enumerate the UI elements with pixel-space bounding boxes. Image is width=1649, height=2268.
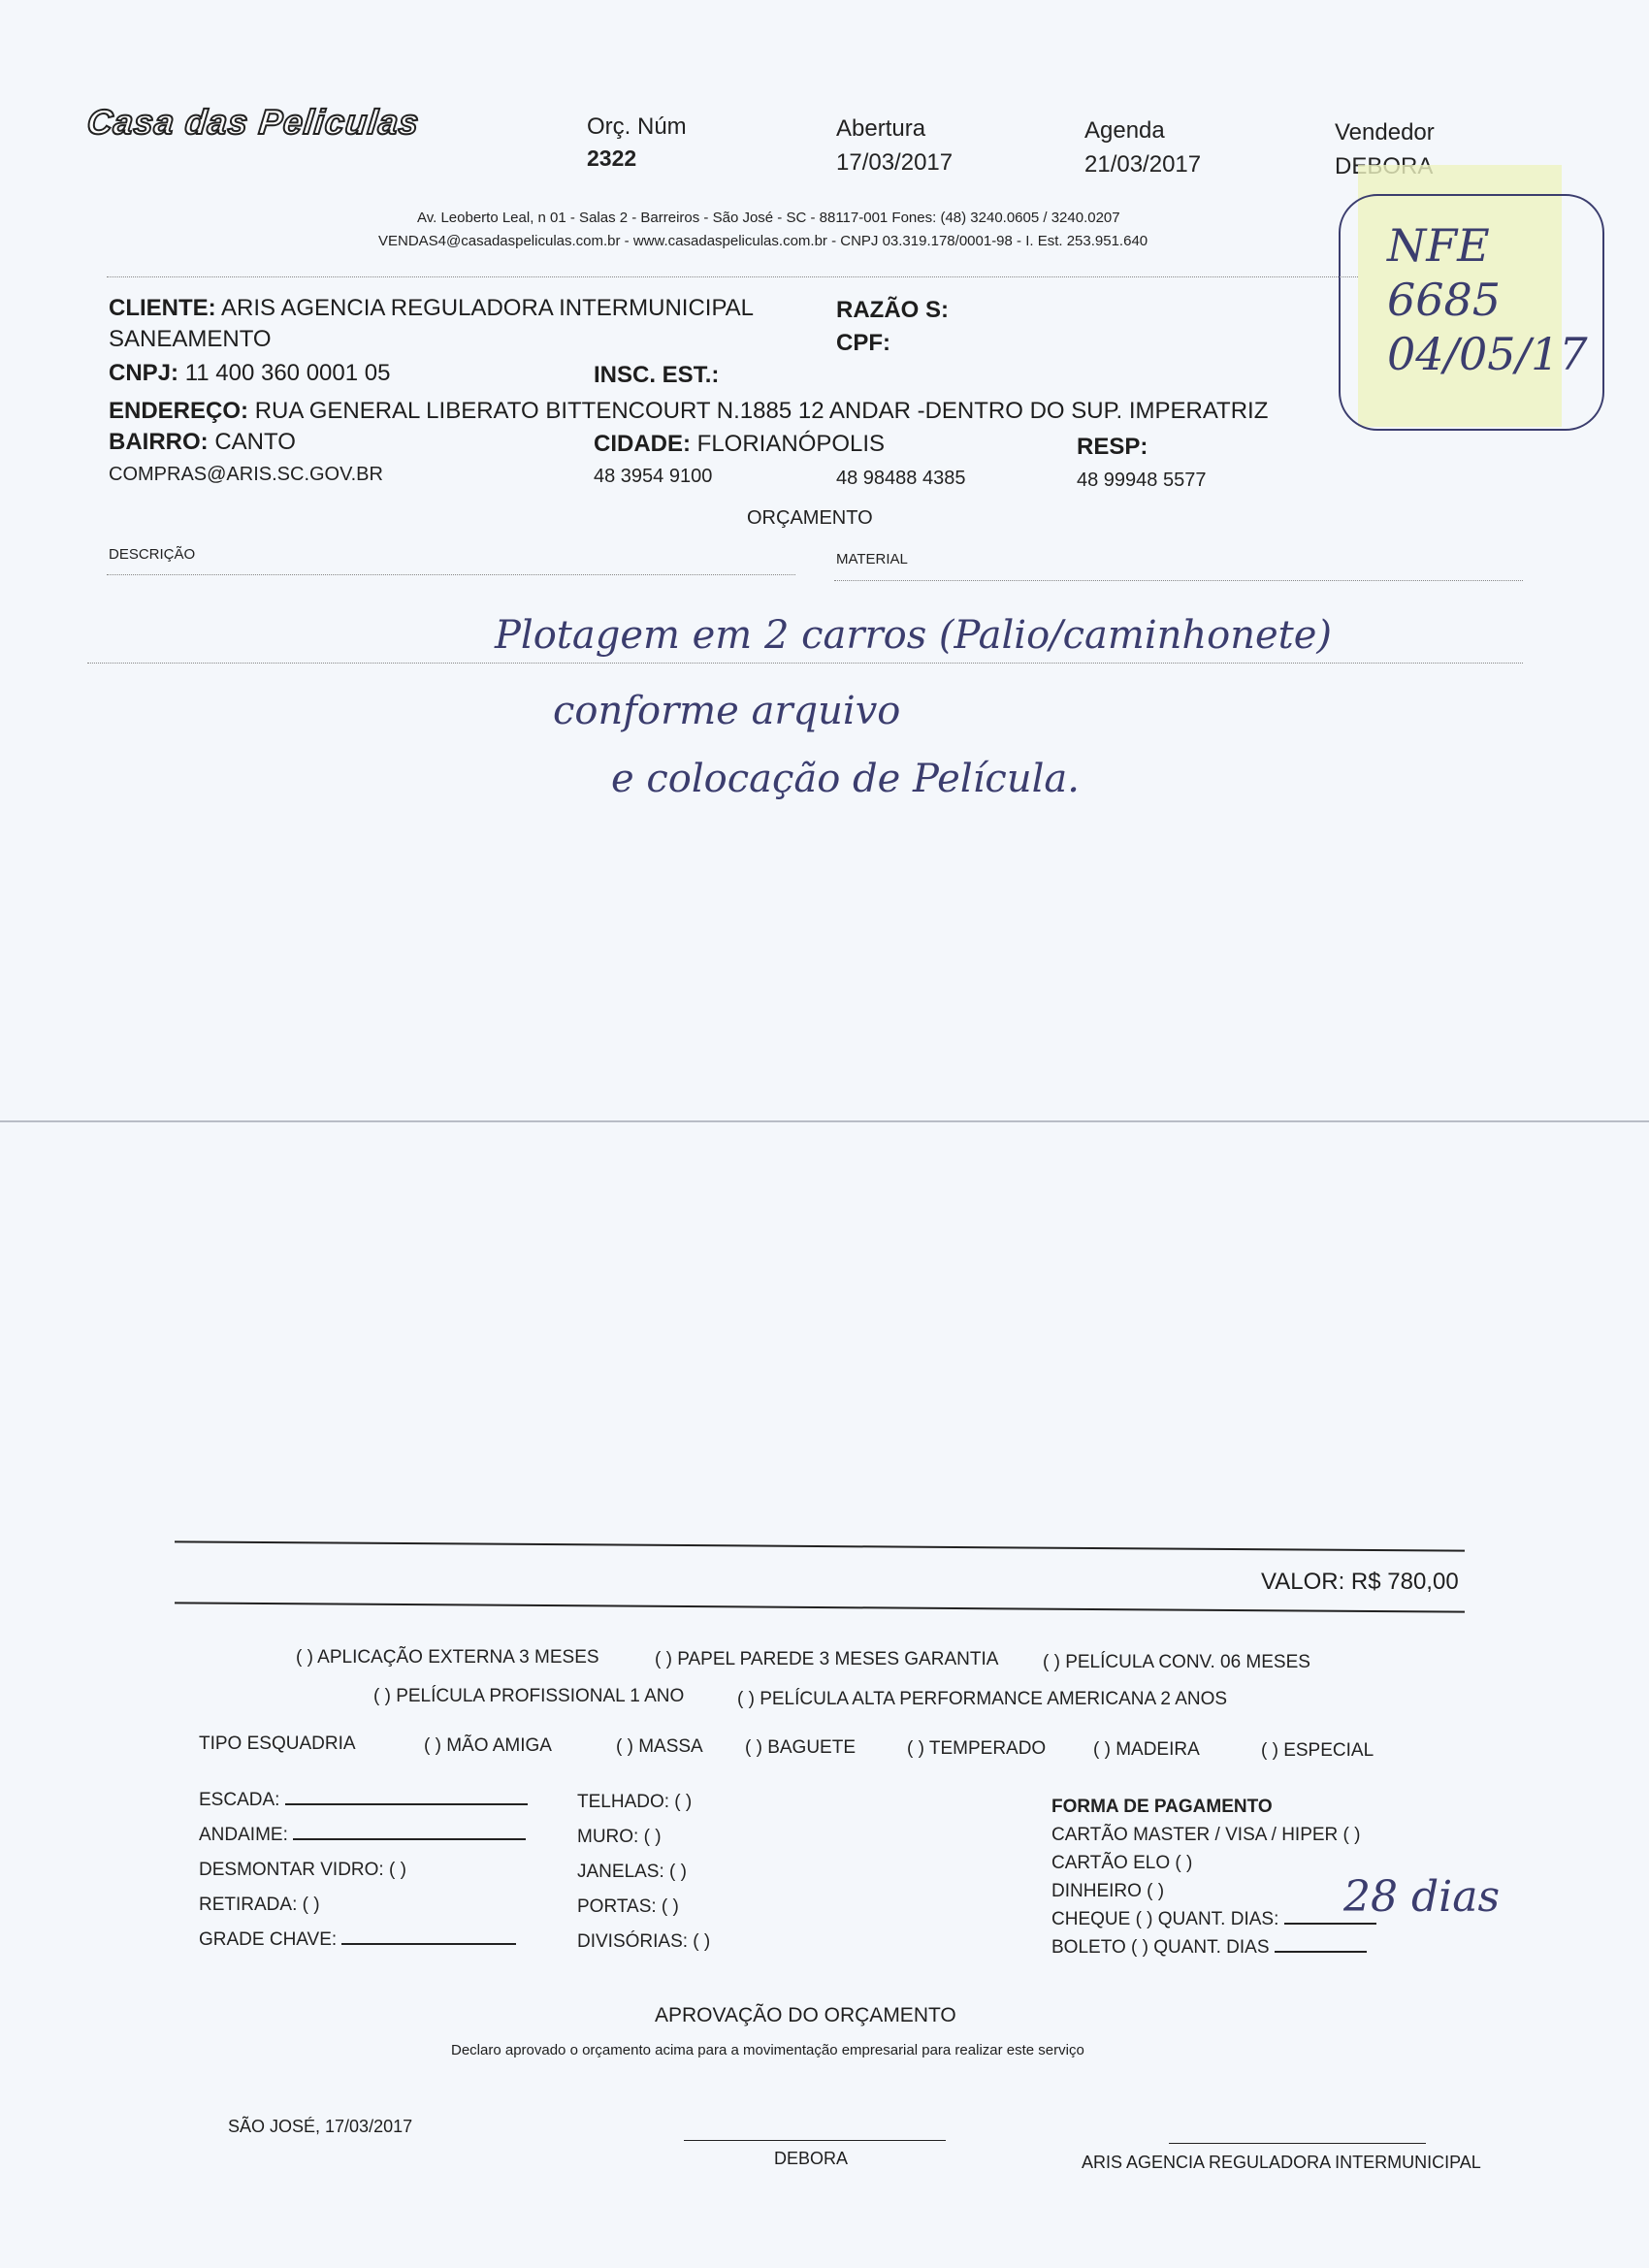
- bairro-row: BAIRRO: CANTO: [109, 429, 296, 456]
- resp-label: RESP:: [1077, 434, 1148, 461]
- escada-label: ESCADA:: [199, 1790, 279, 1810]
- cnpj-label: CNPJ:: [109, 360, 178, 386]
- orcamento-title: ORÇAMENTO: [747, 507, 873, 530]
- boleto-label: BOLETO ( ) QUANT. DIAS: [1051, 1937, 1270, 1958]
- client-phone-2: 48 98488 4385: [836, 468, 965, 490]
- endereco-label: ENDEREÇO:: [109, 398, 248, 424]
- service-papel-parede[interactable]: ( ) PAPEL PAREDE 3 MESES GARANTIA: [655, 1649, 998, 1670]
- cidade-row: CIDADE: FLORIANÓPOLIS: [594, 431, 885, 458]
- andaime-label: ANDAIME:: [199, 1825, 288, 1845]
- boleto-dias-input-line[interactable]: [1275, 1951, 1367, 1953]
- janelas-option[interactable]: JANELAS: ( ): [577, 1862, 687, 1883]
- endereco-value: RUA GENERAL LIBERATO BITTENCOURT N.1885 …: [255, 398, 1269, 424]
- divisorias-option[interactable]: DIVISÓRIAS: ( ): [577, 1931, 710, 1953]
- esquadria-madeira[interactable]: ( ) MADEIRA: [1093, 1739, 1200, 1761]
- bairro-label: BAIRRO:: [109, 429, 209, 455]
- company-logo: Casa das Peliculas: [85, 102, 422, 143]
- andaime-input-line[interactable]: [293, 1838, 526, 1840]
- escada-input-line[interactable]: [285, 1803, 528, 1805]
- cliente-value: ARIS AGENCIA REGULADORA INTERMUNICIPAL: [221, 295, 754, 321]
- payment-boleto[interactable]: BOLETO ( ) QUANT. DIAS: [1051, 1937, 1367, 1959]
- place-date: SÃO JOSÉ, 17/03/2017: [228, 2117, 412, 2137]
- client-signer-name: ARIS AGENCIA REGULADORA INTERMUNICIPAL: [1082, 2153, 1481, 2173]
- esquadria-temperado[interactable]: ( ) TEMPERADO: [907, 1738, 1046, 1760]
- insc-est-label: INSC. EST.:: [594, 362, 719, 389]
- cliente-row: CLIENTE: ARIS AGENCIA REGULADORA INTERMU…: [109, 295, 754, 322]
- cidade-label: CIDADE:: [594, 431, 691, 457]
- valor-bottom-line: [175, 1602, 1465, 1612]
- esquadria-mao-amiga[interactable]: ( ) MÃO AMIGA: [424, 1735, 552, 1757]
- forma-pagamento-title: FORMA DE PAGAMENTO: [1051, 1797, 1273, 1818]
- descricao-line: [107, 574, 795, 575]
- paper-fold-crease: [0, 1120, 1649, 1122]
- muro-option[interactable]: MURO: ( ): [577, 1827, 662, 1848]
- nfe-annotation: NFE 6685 04/05/17: [1387, 218, 1588, 381]
- abertura-label: Abertura: [836, 115, 925, 143]
- esquadria-massa[interactable]: ( ) MASSA: [616, 1736, 703, 1758]
- grade-chave-label: GRADE CHAVE:: [199, 1929, 337, 1950]
- abertura-value: 17/03/2017: [836, 149, 953, 177]
- cheque-dias-input-line[interactable]: [1284, 1923, 1376, 1925]
- razao-label: RAZÃO S:: [836, 297, 949, 324]
- aprovacao-title: APROVAÇÃO DO ORÇAMENTO: [655, 2004, 956, 2027]
- handwritten-description-3: e colocação de Película.: [611, 757, 1080, 801]
- valor-top-line: [175, 1540, 1465, 1551]
- payment-cartao-elo[interactable]: CARTÃO ELO ( ): [1051, 1853, 1192, 1874]
- nfe-label: NFE: [1387, 218, 1588, 273]
- esquadria-especial[interactable]: ( ) ESPECIAL: [1261, 1740, 1374, 1762]
- agenda-value: 21/03/2017: [1084, 151, 1201, 178]
- payment-cheque[interactable]: CHEQUE ( ) QUANT. DIAS:: [1051, 1909, 1376, 1930]
- service-pelicula-alta-performance[interactable]: ( ) PELÍCULA ALTA PERFORMANCE AMERICANA …: [737, 1689, 1227, 1710]
- service-aplicacao-externa[interactable]: ( ) APLICAÇÃO EXTERNA 3 MESES: [296, 1647, 599, 1669]
- item-line: [87, 663, 1523, 664]
- handwritten-description-2: conforme arquivo: [553, 689, 900, 733]
- grade-chave-input-line[interactable]: [341, 1943, 516, 1945]
- material-label: MATERIAL: [836, 551, 908, 567]
- seller-signature-line: [684, 2140, 946, 2141]
- material-line: [834, 580, 1523, 581]
- cnpj-row: CNPJ: 11 400 360 0001 05: [109, 360, 390, 387]
- endereco-row: ENDEREÇO: RUA GENERAL LIBERATO BITTENCOU…: [109, 398, 1268, 425]
- tipo-esquadria-label: TIPO ESQUADRIA: [199, 1733, 356, 1755]
- cnpj-value: 11 400 360 0001 05: [185, 360, 391, 386]
- seller-signer-name: DEBORA: [774, 2149, 848, 2169]
- esquadria-baguete[interactable]: ( ) BAGUETE: [745, 1737, 856, 1759]
- cliente-value-line2: SANEAMENTO: [109, 326, 272, 353]
- desmontar-vidro-option[interactable]: DESMONTAR VIDRO: ( ): [199, 1860, 406, 1881]
- client-phone-1: 48 3954 9100: [594, 466, 712, 488]
- cliente-label: CLIENTE:: [109, 295, 216, 321]
- cheque-label: CHEQUE ( ) QUANT. DIAS:: [1051, 1909, 1278, 1929]
- cidade-value: FLORIANÓPOLIS: [697, 431, 885, 457]
- client-phone-3: 48 99948 5577: [1077, 470, 1206, 492]
- nfe-date: 04/05/17: [1387, 327, 1588, 381]
- client-email: COMPRAS@ARIS.SC.GOV.BR: [109, 464, 383, 486]
- payment-dinheiro[interactable]: DINHEIRO ( ): [1051, 1881, 1164, 1902]
- cpf-label: CPF:: [836, 330, 890, 357]
- bairro-value: CANTO: [214, 429, 296, 455]
- valor-total: VALOR: R$ 780,00: [1261, 1569, 1459, 1596]
- service-pelicula-conv[interactable]: ( ) PELÍCULA CONV. 06 MESES: [1043, 1652, 1310, 1673]
- aprovacao-declaration: Declaro aprovado o orçamento acima para …: [451, 2042, 1084, 2058]
- company-address: Av. Leoberto Leal, n 01 - Salas 2 - Barr…: [417, 210, 1120, 226]
- vendedor-label: Vendedor: [1335, 119, 1435, 146]
- orc-num-label: Orç. Núm: [587, 113, 687, 141]
- telhado-option[interactable]: TELHADO: ( ): [577, 1792, 692, 1813]
- client-signature-line: [1169, 2143, 1426, 2144]
- cheque-dias-handwritten: 28 dias: [1343, 1872, 1500, 1922]
- header-divider: [107, 276, 1358, 277]
- company-contact: VENDAS4@casadaspeliculas.com.br - www.ca…: [378, 233, 1148, 249]
- handwritten-description-1: Plotagem em 2 carros (Palio/caminhonete): [495, 613, 1332, 658]
- orc-num-value: 2322: [587, 146, 636, 172]
- escada-field[interactable]: ESCADA:: [199, 1790, 528, 1811]
- grade-chave-field[interactable]: GRADE CHAVE:: [199, 1929, 516, 1951]
- descricao-label: DESCRIÇÃO: [109, 546, 195, 563]
- agenda-label: Agenda: [1084, 117, 1165, 145]
- portas-option[interactable]: PORTAS: ( ): [577, 1896, 679, 1918]
- andaime-field[interactable]: ANDAIME:: [199, 1825, 526, 1846]
- nfe-number: 6685: [1387, 273, 1588, 327]
- retirada-option[interactable]: RETIRADA: ( ): [199, 1895, 320, 1916]
- service-pelicula-profissional[interactable]: ( ) PELÍCULA PROFISSIONAL 1 ANO: [373, 1686, 684, 1707]
- payment-cartao-master[interactable]: CARTÃO MASTER / VISA / HIPER ( ): [1051, 1825, 1360, 1846]
